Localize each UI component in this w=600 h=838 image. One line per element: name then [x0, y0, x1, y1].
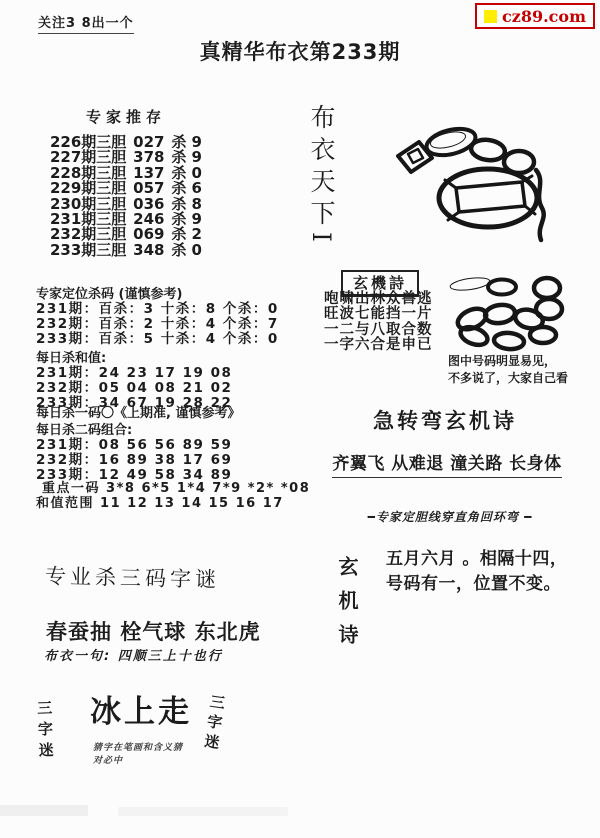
number-doodle-image	[432, 273, 582, 353]
list-item: 231期：百杀：3 十杀：8 个杀：0	[36, 302, 279, 317]
page-title: 真精华布衣第233期	[0, 36, 600, 66]
expert-push-section: 专家推存 226期三胆 027 杀 9 227期三胆 378 杀 9 228期三…	[50, 106, 202, 258]
list-item: 231期：24 23 17 19 08	[36, 366, 232, 381]
doodle-caption: 图中号码明显易见， 不多说了，大家自己看	[448, 353, 568, 387]
bottom-poem-lines: 五月六月 。相隔十四， 号码有一，位置不变。	[386, 547, 567, 597]
answer-note: 猜字在笔画和含义猜 对必中	[93, 742, 183, 768]
buyi-sentence: 布衣一句: 四顺三上十也行	[44, 645, 223, 664]
riddle-line: 春蚕抽 栓气球 东北虎	[46, 616, 261, 646]
list-item: 232期：16 89 38 17 69	[36, 453, 232, 468]
kill-three-title: 专业杀三码字谜	[45, 560, 221, 594]
three-char-label-right: 三字迷	[200, 693, 229, 755]
expert-divider-note: ━专家定胆线穿直角回环弯 ━	[330, 508, 570, 525]
three-char-answer: 冰上走	[90, 686, 192, 731]
caption-line: 不多说了，大家自己看	[448, 370, 568, 387]
xuanji-lines: 咆啸出林众兽逃 旺波七能挡一片 一二与八取合数 一字六合是申已	[324, 292, 433, 354]
position-kill-section: 专家定位杀码 (谨慎参考) 231期：百杀：3 十杀：8 个杀：0 232期：百…	[36, 283, 279, 348]
list-item: 233期：百杀：5 十杀：4 个杀：0	[36, 332, 279, 347]
note-line: 猜字在笔画和含义猜	[93, 742, 183, 755]
poem-line: 旺波七能挡一片	[324, 307, 433, 322]
sum-range-values: 11 12 13 14 15 16 17	[100, 496, 284, 511]
lottery-tip-sheet: 关注3 8出一个 cz89.com 真精华布衣第233期 专家推存 226期三胆…	[0, 0, 600, 838]
poem-line: 号码有一，位置不变。	[386, 572, 567, 597]
row-label: 233期三胆	[50, 243, 126, 258]
poem-line: 一二与八取合数	[324, 323, 433, 338]
scan-artifact	[118, 807, 288, 816]
brand-vertical-title: 布衣天下I	[303, 104, 339, 254]
coin-sketch-image	[388, 120, 558, 248]
row-digits: 348	[133, 243, 164, 258]
expert-push-title: 专家推存	[50, 106, 202, 127]
sum-range-label: 和值范围	[36, 496, 94, 511]
table-row: 233期三胆 348 杀 0	[50, 243, 202, 258]
three-char-label-left: 三字迷	[34, 700, 57, 764]
yellow-square-icon	[484, 10, 497, 23]
section-title: 每日杀二码组合:	[36, 419, 232, 438]
note-line: 对必中	[93, 755, 183, 768]
scan-artifact	[0, 805, 88, 816]
poem-line: 齐翼飞 从难退 潼关路 长身体	[332, 454, 561, 478]
bottom-poem-vertical-title: 玄机诗	[333, 556, 362, 666]
list-item: 232期：05 04 08 21 02	[36, 381, 232, 396]
sum-range-line: 和值范围 11 12 13 14 15 16 17	[36, 492, 284, 511]
caption-line: 图中号码明显易见，	[448, 353, 568, 370]
sharp-turn-line: 齐翼飞 从难退 潼关路 长身体	[302, 449, 592, 474]
section-title: 每日杀和值:	[36, 347, 232, 366]
section-title: 专家定位杀码 (谨慎参考)	[36, 283, 279, 302]
sharp-turn-title: 急转弯玄机诗	[330, 405, 560, 435]
poem-line: 五月六月 。相隔十四，	[386, 547, 567, 572]
list-item: 231期：08 56 56 89 59	[36, 438, 232, 453]
focus-note: 关注3 8出一个	[38, 12, 134, 34]
row-kill: 杀 0	[171, 243, 202, 258]
poem-line: 一字六合是申已	[324, 338, 433, 353]
site-badge[interactable]: cz89.com	[475, 3, 595, 29]
site-badge-label: cz89.com	[502, 7, 586, 26]
daily-two-kill-section: 每日杀二码组合: 231期：08 56 56 89 59 232期：16 89 …	[36, 419, 232, 484]
